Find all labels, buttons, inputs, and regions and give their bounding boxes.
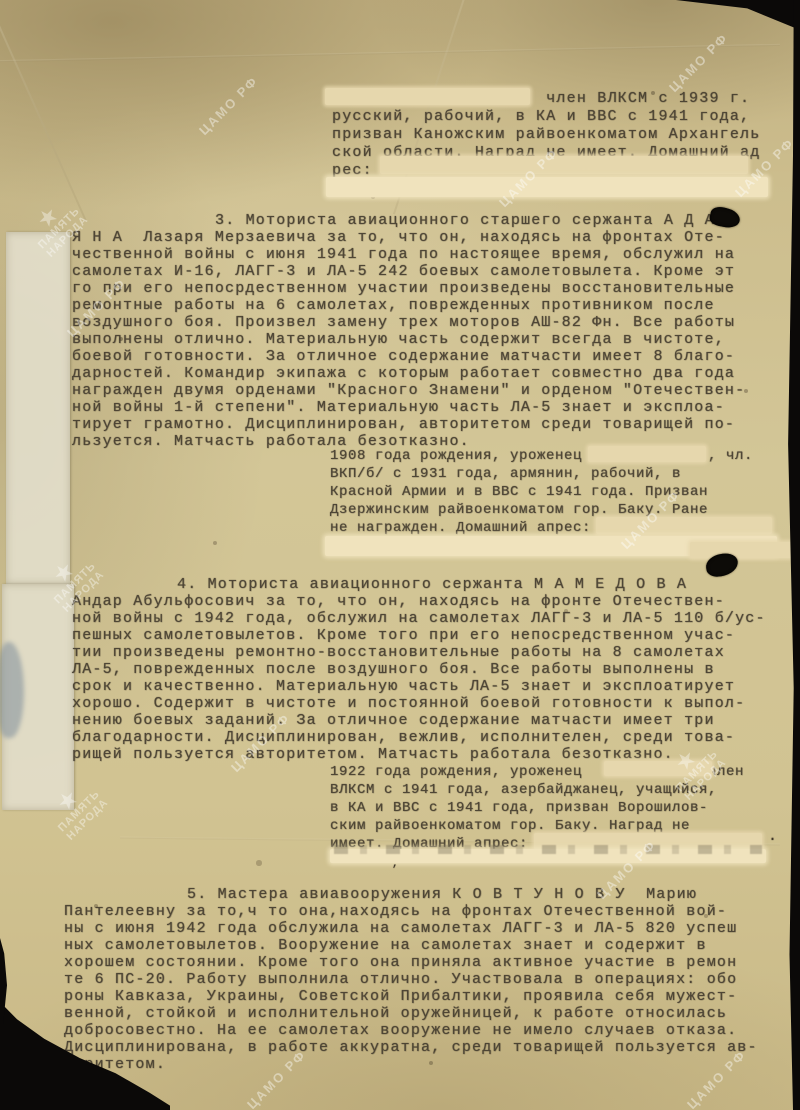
dust-specks: [0, 0, 2, 2]
text-line: роны Кавказа, Украины, Советской Прибалт…: [64, 988, 780, 1005]
text-line: Андар Абульфосович за то, что он, находя…: [72, 593, 782, 610]
redaction-patch: [588, 446, 706, 462]
paragraph-3-adamyan: 3. Моториста авиационного старшего сержа…: [72, 212, 772, 450]
paragraph-4-mamedov: 4. Моториста авиационного сержанта М А М…: [72, 576, 782, 763]
blue-stain: [0, 642, 24, 738]
text-line: ВКП/б/ с 1931 года, армянин, рабочий, в: [330, 465, 780, 483]
text-line: 1908 года рождения, уроженец , чл.: [330, 447, 780, 465]
text-line: боевой готовности. За отличное содержани…: [72, 348, 772, 365]
text-line: тирует грамотно. Дисциплинирован, автори…: [72, 416, 772, 433]
redaction-patch: [325, 88, 530, 105]
text-line: Красной Армии и в ВВС с 1941 года. Призв…: [330, 483, 780, 501]
paper-crease: [0, 19, 87, 221]
paper-sheet: член ВЛКСМ с 1939 г.русский, рабочий, в …: [0, 0, 800, 1110]
text-line: Дисциплинирована, в работе аккуратна, ср…: [64, 1039, 780, 1056]
text-line: ных самолетовылетов. Вооружение на самол…: [64, 937, 780, 954]
text-line: добросовестно. На ее самолетах вооружени…: [64, 1022, 780, 1039]
text-line: воздушного боя. Произвел замену трех мот…: [72, 314, 772, 331]
text-line: 5. Мастера авиавооружения К О В Т У Н О …: [64, 886, 780, 903]
text-line: ВЛКСМ с 1941 года, азербайджанец, учащий…: [330, 781, 780, 799]
text-line: те 6 ПС-20. Работу выполнила отлично. Уч…: [64, 971, 780, 988]
text-line: торитетом.: [64, 1056, 780, 1073]
redaction-patch: [596, 517, 772, 534]
archive-watermark: ЦАМО РФ: [666, 30, 731, 95]
text-line: русский, рабочий, в КА и ВВС с 1941 года…: [332, 108, 782, 126]
text-line: в КА и ВВС с 1941 года, призван Ворошило…: [330, 799, 780, 817]
text-line: ной войны с 1942 года, обслужил на самол…: [72, 610, 782, 627]
text-line: ной войны 1-й степени". Материальную час…: [72, 399, 772, 416]
stray-dot: .: [768, 828, 777, 845]
text-line: ны с июня 1942 года обслужила на самолет…: [64, 920, 780, 937]
tape-strip: [2, 584, 74, 810]
redaction-patch: [380, 156, 748, 174]
paper-crease: [0, 44, 780, 62]
text-line: нению боевых заданий. За отличное содерж…: [72, 712, 782, 729]
text-line: хорошо. Содержит в чистоте и постоянной …: [72, 695, 782, 712]
text-line: срок и качественно. Материальную часть Л…: [72, 678, 782, 695]
tape-strip: [6, 232, 70, 584]
text-line: призван Каножским райвоенкоматом Арханге…: [332, 126, 782, 144]
text-line: награжден двумя орденами "Красного Знаме…: [72, 382, 772, 399]
text-line: го при его непосрдественном участии прои…: [72, 280, 772, 297]
archive-watermark: ЦАМО РФ: [196, 73, 261, 138]
text-line: венной, стойкой и исполнительной оружейн…: [64, 1005, 780, 1022]
text-line: выполнены отлично. Материальную часть со…: [72, 331, 772, 348]
struck-out-line-remnant: [334, 845, 762, 854]
text-line: чественной войны с июня 1941 года по нас…: [72, 246, 772, 263]
text-line: ЛА-5, поврежденных после воздушного боя.…: [72, 661, 782, 678]
paragraph-5-kovtunova: 5. Мастера авиавооружения К О В Т У Н О …: [64, 886, 780, 1073]
text-line: самолетах И-16, ЛАГГ-3 и ЛА-5 242 боевых…: [72, 263, 772, 280]
text-line: 4. Моториста авиационного сержанта М А М…: [72, 576, 782, 593]
text-line: хорошем состоянии. Кроме того она принял…: [64, 954, 780, 971]
redaction-patch: [690, 542, 800, 558]
redaction-patch: [326, 177, 768, 197]
stray-mark: ,: [392, 858, 399, 870]
text-line: Я Н А Лазаря Мерзаевича за то, что он, н…: [72, 229, 772, 246]
text-line: Пантелеевну за то,ч то она,находясь на ф…: [64, 903, 780, 920]
text-line: дарностей. Командир экипажа с которым ра…: [72, 365, 772, 382]
text-line: тии произведены ремонтно-восстановительн…: [72, 644, 782, 661]
scanned-document-page: член ВЛКСМ с 1939 г.русский, рабочий, в …: [0, 0, 800, 1110]
text-line: ремонтные работы на 6 самолетах, поврежд…: [72, 297, 772, 314]
text-line: пешных самолетовылетов. Кроме того при е…: [72, 627, 782, 644]
text-line: благодарности. Дисциплинирован, вежлив, …: [72, 729, 782, 746]
text-line: 3. Моториста авиационного старшего сержа…: [72, 212, 772, 229]
